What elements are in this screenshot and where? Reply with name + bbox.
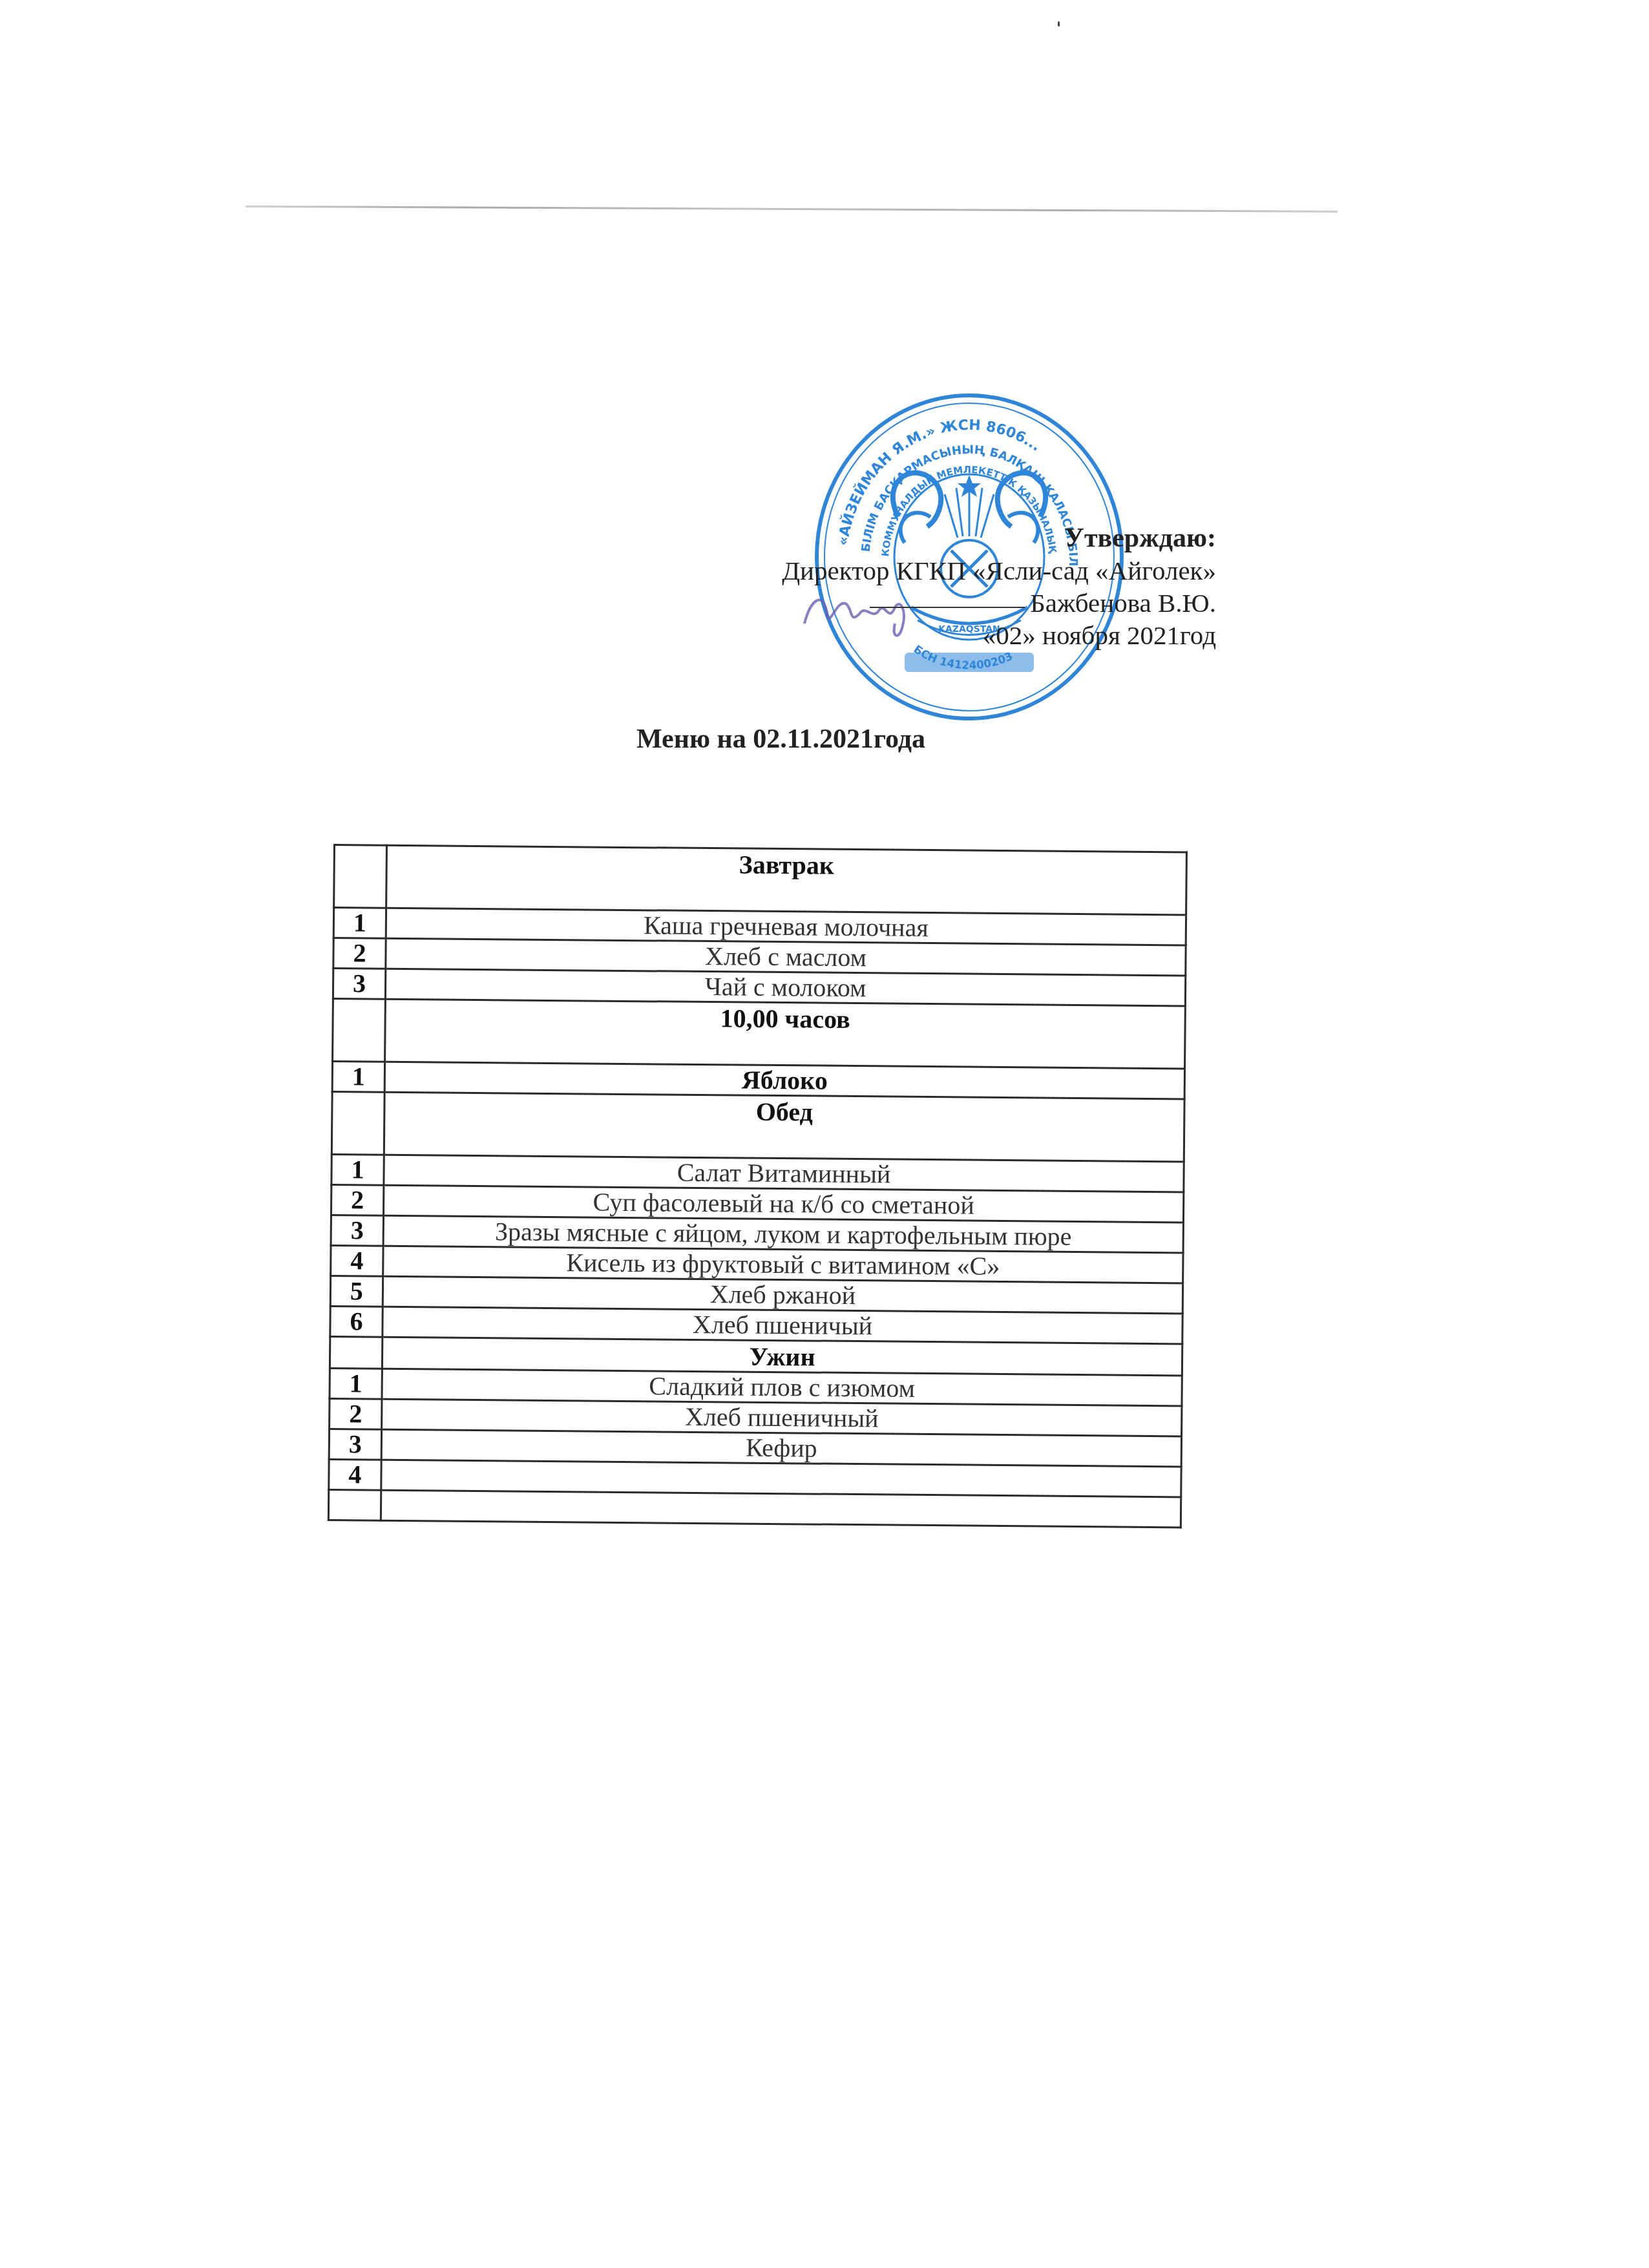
approval-position: Директор КГКП «Ясли-сад «Айголек» (782, 554, 1216, 587)
item-number: 1 (332, 1062, 384, 1093)
item-number: 3 (333, 969, 385, 1000)
menu-section-header: 10,00 часов (333, 999, 1186, 1069)
item-number: 3 (329, 1429, 381, 1460)
item-number: 1 (333, 908, 386, 939)
document-title: Меню на 02.11.2021года (636, 724, 925, 755)
approval-block: Утверждаю: Директор КГКП «Ясли-сад «Айго… (782, 522, 1216, 651)
document-page: «АЙЗЕЙМАН Я.М.» ЖСН 8606... БІЛІМ БАСҚАР… (0, 0, 1649, 2268)
section-number-cell (330, 1336, 382, 1369)
item-number: 5 (330, 1276, 383, 1307)
item-number: 1 (330, 1368, 382, 1399)
approval-name-line: Бажбенова В.Ю. (782, 587, 1216, 619)
approval-title: Утверждаю: (782, 522, 1216, 554)
item-number (328, 1489, 381, 1520)
scan-artifact-line (246, 205, 1338, 213)
signature-line (870, 607, 1025, 608)
menu-table: Завтрак1Каша гречневая молочная2Хлеб с м… (328, 844, 1188, 1528)
menu-section-header: Обед (331, 1091, 1184, 1162)
item-number: 1 (331, 1154, 384, 1185)
section-number-cell (333, 999, 386, 1062)
approval-date: «02» ноября 2021год (782, 619, 1216, 651)
section-title: Обед (384, 1092, 1184, 1162)
scan-speck (1058, 21, 1060, 26)
item-number: 2 (331, 1184, 383, 1215)
item-number: 2 (330, 1398, 382, 1429)
item-number: 2 (333, 938, 386, 969)
section-number-cell (331, 1091, 384, 1155)
dish-name (381, 1490, 1181, 1528)
item-number: 4 (329, 1459, 381, 1490)
section-title: 10,00 часов (385, 999, 1186, 1069)
menu-section-header: Завтрак (334, 845, 1187, 916)
item-number: 3 (331, 1215, 383, 1246)
section-title: Завтрак (386, 845, 1187, 915)
approval-name: Бажбенова В.Ю. (1030, 588, 1216, 618)
section-number-cell (334, 845, 387, 908)
item-number: 6 (330, 1306, 383, 1337)
item-number: 4 (331, 1245, 383, 1276)
